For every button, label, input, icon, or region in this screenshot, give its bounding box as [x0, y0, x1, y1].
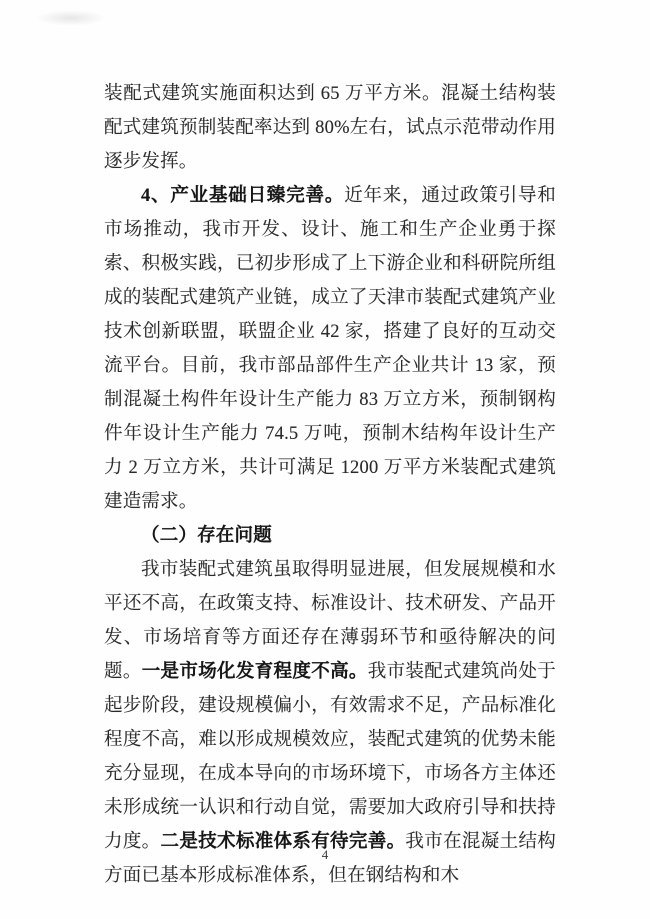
inline-heading-first: 一是市场化发育程度不高。: [142, 662, 368, 682]
paragraph-continuation: 装配式建筑实施面积达到 65 万平方米。混凝土结构装配式建筑预制装配率达到 80…: [104, 77, 556, 179]
document-page: 装配式建筑实施面积达到 65 万平方米。混凝土结构装配式建筑预制装配率达到 80…: [0, 0, 650, 919]
page-number: 4: [0, 847, 650, 863]
text-block: 装配式建筑实施面积达到 65 万平方米。混凝土结构装配式建筑预制装配率达到 80…: [104, 77, 556, 893]
paragraph-text: 装配式建筑实施面积达到 65 万平方米。混凝土结构装配式建筑预制装配率达到 80…: [104, 84, 556, 172]
paragraph-item-4: 4、产业基础日臻完善。近年来，通过政策引导和市场推动，我市开发、设计、施工和生产…: [104, 179, 556, 519]
paragraph-text: 我市装配式建筑尚处于起步阶段，建设规模偏小，有效需求不足，产品标准化程度不高，难…: [104, 662, 556, 852]
section-heading-problems: （二）存在问题: [104, 519, 556, 553]
scan-artifact: [36, 10, 106, 26]
item-4-heading: 4、产业基础日臻完善。: [141, 186, 344, 206]
paragraph-text: 近年来，通过政策引导和市场推动，我市开发、设计、施工和生产企业勇于探索、积极实践…: [104, 186, 556, 512]
section-heading-text: （二）存在问题: [141, 526, 272, 546]
paragraph-problems: 我市装配式建筑虽取得明显进展，但发展规模和水平还不高，在政策支持、标准设计、技术…: [104, 553, 556, 893]
